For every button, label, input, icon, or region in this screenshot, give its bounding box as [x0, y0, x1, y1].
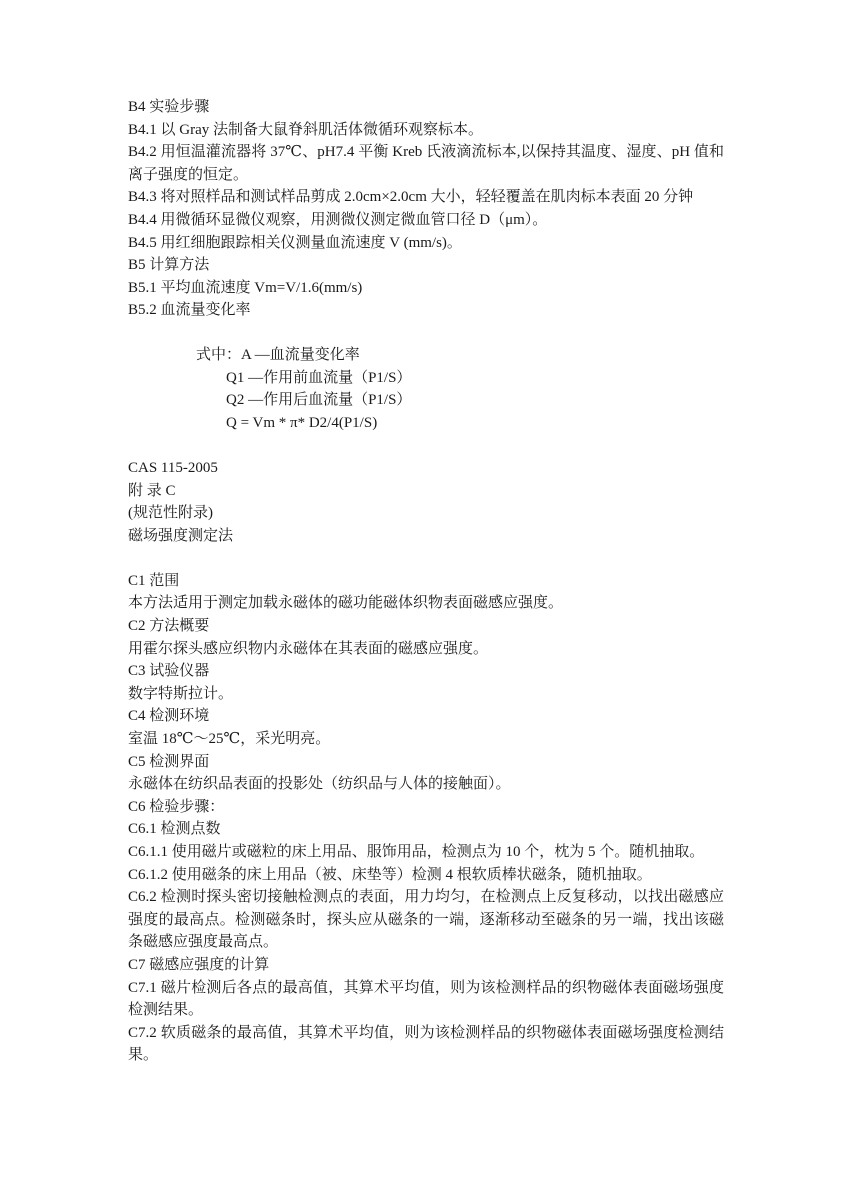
section-c5-heading: C5 检测界面 [128, 751, 724, 774]
section-b4-heading: B4 实验步骤 [128, 96, 724, 119]
item-b5-1: B5.1 平均血流速度 Vm=V/1.6(mm/s) [128, 277, 724, 300]
section-c1-heading: C1 范围 [128, 570, 724, 593]
spacer [128, 547, 724, 570]
section-c1-text: 本方法适用于测定加载永磁体的磁功能磁体织物表面磁感应强度。 [128, 592, 724, 615]
section-c7-heading: C7 磁感应强度的计算 [128, 954, 724, 977]
section-c2-heading: C2 方法概要 [128, 615, 724, 638]
appendix-title: 磁场强度测定法 [128, 525, 724, 548]
step-b4-2: B4.2 用恒温灌流器将 37℃、pH7.4 平衡 Kreb 氏液滴流标本,以保… [128, 141, 724, 186]
section-c4-text: 室温 18℃～25℃，采光明亮。 [128, 728, 724, 751]
appendix-label: 附 录 C [128, 480, 724, 503]
standard-code: CAS 115-2005 [128, 457, 724, 480]
spacer [128, 434, 724, 457]
document-page: B4 实验步骤 B4.1 以 Gray 法制备大鼠脊斜肌活体微循环观察标本。 B… [128, 96, 724, 1067]
section-c7-1: C7.1 磁片检测后各点的最高值，其算术平均值，则为该检测样品的织物磁体表面磁场… [128, 977, 724, 1022]
section-c3-text: 数字特斯拉计。 [128, 683, 724, 706]
section-c4-heading: C4 检测环境 [128, 705, 724, 728]
section-b5-heading: B5 计算方法 [128, 254, 724, 277]
section-c6-1-2: C6.1.2 使用磁条的床上用品（被、床垫等）检测 4 根软质棒状磁条，随机抽取… [128, 864, 724, 887]
formula-q: Q = Vm * π* D2/4(P1/S) [196, 412, 724, 435]
formula-q2: Q2 —作用后血流量（P1/S） [196, 389, 724, 412]
step-b4-3: B4.3 将对照样品和测试样品剪成 2.0cm×2.0cm 大小，轻轻覆盖在肌肉… [128, 186, 724, 209]
step-b4-4: B4.4 用微循环显微仪观察，用测微仪测定微血管口径 D（μm）。 [128, 209, 724, 232]
section-c2-text: 用霍尔探头感应织物内永磁体在其表面的磁感应强度。 [128, 638, 724, 661]
appendix-type: (规范性附录) [128, 502, 724, 525]
step-b4-1: B4.1 以 Gray 法制备大鼠脊斜肌活体微循环观察标本。 [128, 119, 724, 142]
section-c6-2: C6.2 检测时探头密切接触检测点的表面，用力均匀，在检测点上反复移动，以找出磁… [128, 886, 724, 954]
formula-q1: Q1 —作用前血流量（P1/S） [196, 367, 724, 390]
section-c6-heading: C6 检验步骤： [128, 796, 724, 819]
section-c3-heading: C3 试验仪器 [128, 660, 724, 683]
formula-legend: 式中：A —血流量变化率 Q1 —作用前血流量（P1/S） Q2 —作用后血流量… [128, 344, 724, 434]
formula-intro: 式中：A —血流量变化率 [196, 344, 724, 367]
section-c7-2: C7.2 软质磁条的最高值，其算术平均值，则为该检测样品的织物磁体表面磁场强度检… [128, 1022, 724, 1067]
section-c5-text: 永磁体在纺织品表面的投影处（纺织品与人体的接触面）。 [128, 773, 724, 796]
section-c6-1: C6.1 检测点数 [128, 818, 724, 841]
step-b4-5: B4.5 用红细胞跟踪相关仪测量血流速度 V (mm/s)。 [128, 232, 724, 255]
section-c6-1-1: C6.1.1 使用磁片或磁粒的床上用品、服饰用品，检测点为 10 个，枕为 5 … [128, 841, 724, 864]
item-b5-2: B5.2 血流量变化率 [128, 299, 724, 322]
